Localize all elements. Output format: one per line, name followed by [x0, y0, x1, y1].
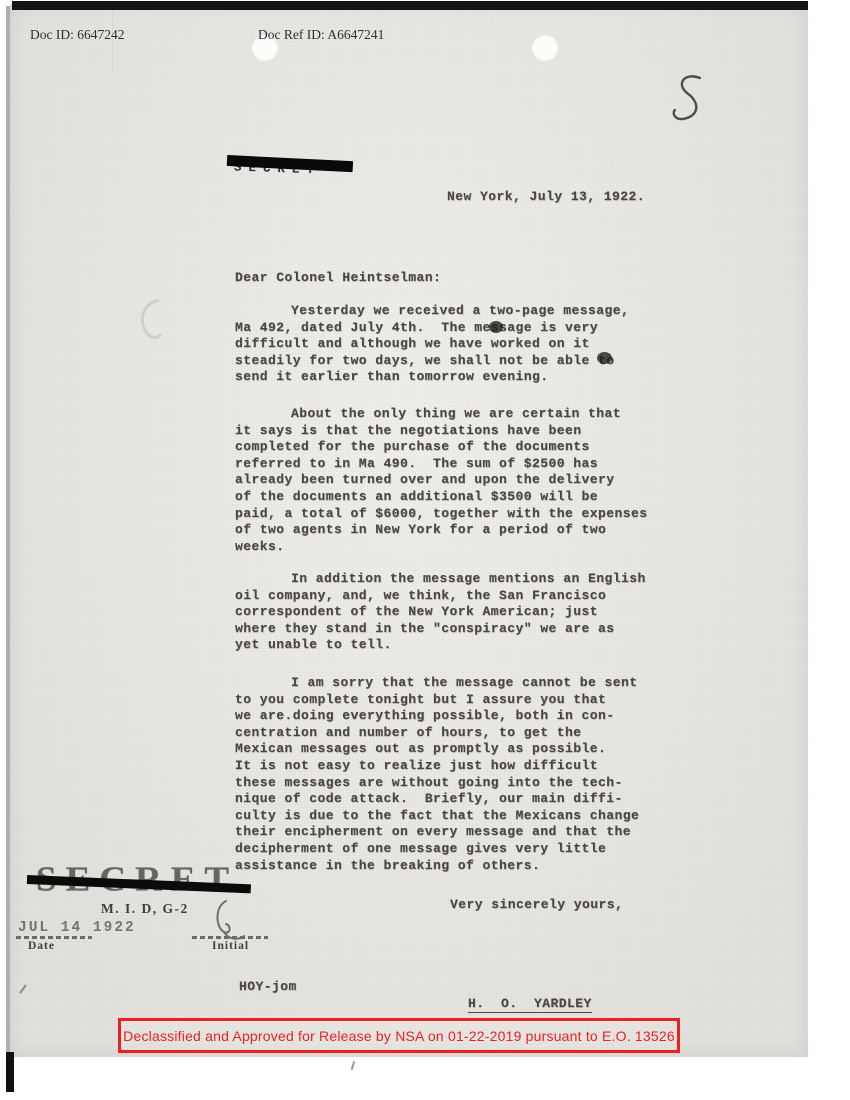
letter-line: of the documents an additional $3500 wil… — [235, 489, 681, 506]
ink-smudge — [489, 321, 503, 333]
received-date-stamp: JUL 14 1922 — [18, 920, 136, 936]
letter-line: where they stand in the "conspiracy" we … — [235, 621, 681, 638]
letter-line: it says is that the negotiations have be… — [235, 423, 681, 440]
letter-line: to you complete tonight but I assure you… — [235, 692, 681, 709]
letter-line: send it earlier than tomorrow evening. — [235, 369, 681, 386]
letter-paragraph: I am sorry that the message cannot be se… — [235, 675, 681, 874]
letter-line: these messages are without going into th… — [235, 775, 681, 792]
letter-line: culty is due to the fact that the Mexica… — [235, 808, 681, 825]
ink-smudge — [597, 352, 612, 364]
letter-line: decipherment of one message gives very l… — [235, 841, 681, 858]
letter-line: completed for the purchase of the docume… — [235, 439, 681, 456]
letter-line: paid, a total of $6000, together with th… — [235, 506, 681, 523]
letter-line: we are.doing everything possible, both i… — [235, 708, 681, 725]
letter-line: their encipherment on every message and … — [235, 824, 681, 841]
letter-line: of two agents in New York for a period o… — [235, 522, 681, 539]
letter-line: already been turned over and upon the de… — [235, 472, 681, 489]
letter-line: correspondent of the New York American; … — [235, 604, 681, 621]
paperclip-shadow — [133, 296, 167, 351]
hole-punch — [532, 35, 558, 61]
handwritten-initial — [206, 898, 254, 951]
salutation: Dear Colonel Heintselman: — [235, 270, 441, 285]
letter-line: assistance in the breaking of others. — [235, 858, 681, 875]
letter-line: centration and number of hours, to get t… — [235, 725, 681, 742]
paper-crease — [697, 280, 698, 840]
letter-line: weeks. — [235, 539, 681, 556]
mid-g2-stamp: M. I. D, G-2 — [101, 901, 189, 917]
letter-line: About the only thing we are certain that — [235, 406, 681, 423]
pencil-mark — [351, 1061, 355, 1070]
letter-line: yet unable to tell. — [235, 637, 681, 654]
letter-line: Yesterday we received a two-page message… — [235, 303, 681, 320]
letter-line: steadily for two days, we shall not be a… — [235, 353, 681, 370]
letter-line: referred to in Ma 490. The sum of $2500 … — [235, 456, 681, 473]
declassification-banner: Declassified and Approved for Release by… — [118, 1018, 680, 1053]
letter-paragraph: About the only thing we are certain that… — [235, 406, 681, 555]
doc-ref-id-label: Doc Ref ID: A6647241 — [258, 27, 384, 43]
letter-line: I am sorry that the message cannot be se… — [235, 675, 681, 692]
letter-line: Ma 492, dated July 4th. The message is v… — [235, 320, 681, 337]
date-underline — [16, 936, 92, 939]
letter-line: It is not easy to realize just how diffi… — [235, 758, 681, 775]
letter-paragraph: Yesterday we received a two-page message… — [235, 303, 681, 386]
signature-name: H. O. YARDLEY — [468, 996, 592, 1013]
typist-initials: HOY-jom — [239, 979, 297, 994]
dateline: New York, July 13, 1922. — [447, 189, 645, 204]
letter-line: oil company, and, we think, the San Fran… — [235, 588, 681, 605]
doc-id-label: Doc ID: 6647242 — [30, 27, 125, 43]
closing-line: Very sincerely yours, — [450, 897, 623, 912]
letter-line: Mexican messages out as promptly as poss… — [235, 741, 681, 758]
handwritten-s-annotation — [668, 70, 710, 137]
letter-line: nique of code attack. Briefly, our main … — [235, 791, 681, 808]
date-label: Date — [28, 940, 55, 952]
scan-left-edge — [6, 6, 10, 1053]
scan-bottom-edge-mark — [6, 1052, 14, 1092]
letter-paragraph: In addition the message mentions an Engl… — [235, 571, 681, 654]
letter-line: In addition the message mentions an Engl… — [235, 571, 681, 588]
letter-line: difficult and although we have worked on… — [235, 336, 681, 353]
scan-top-edge — [12, 1, 808, 10]
